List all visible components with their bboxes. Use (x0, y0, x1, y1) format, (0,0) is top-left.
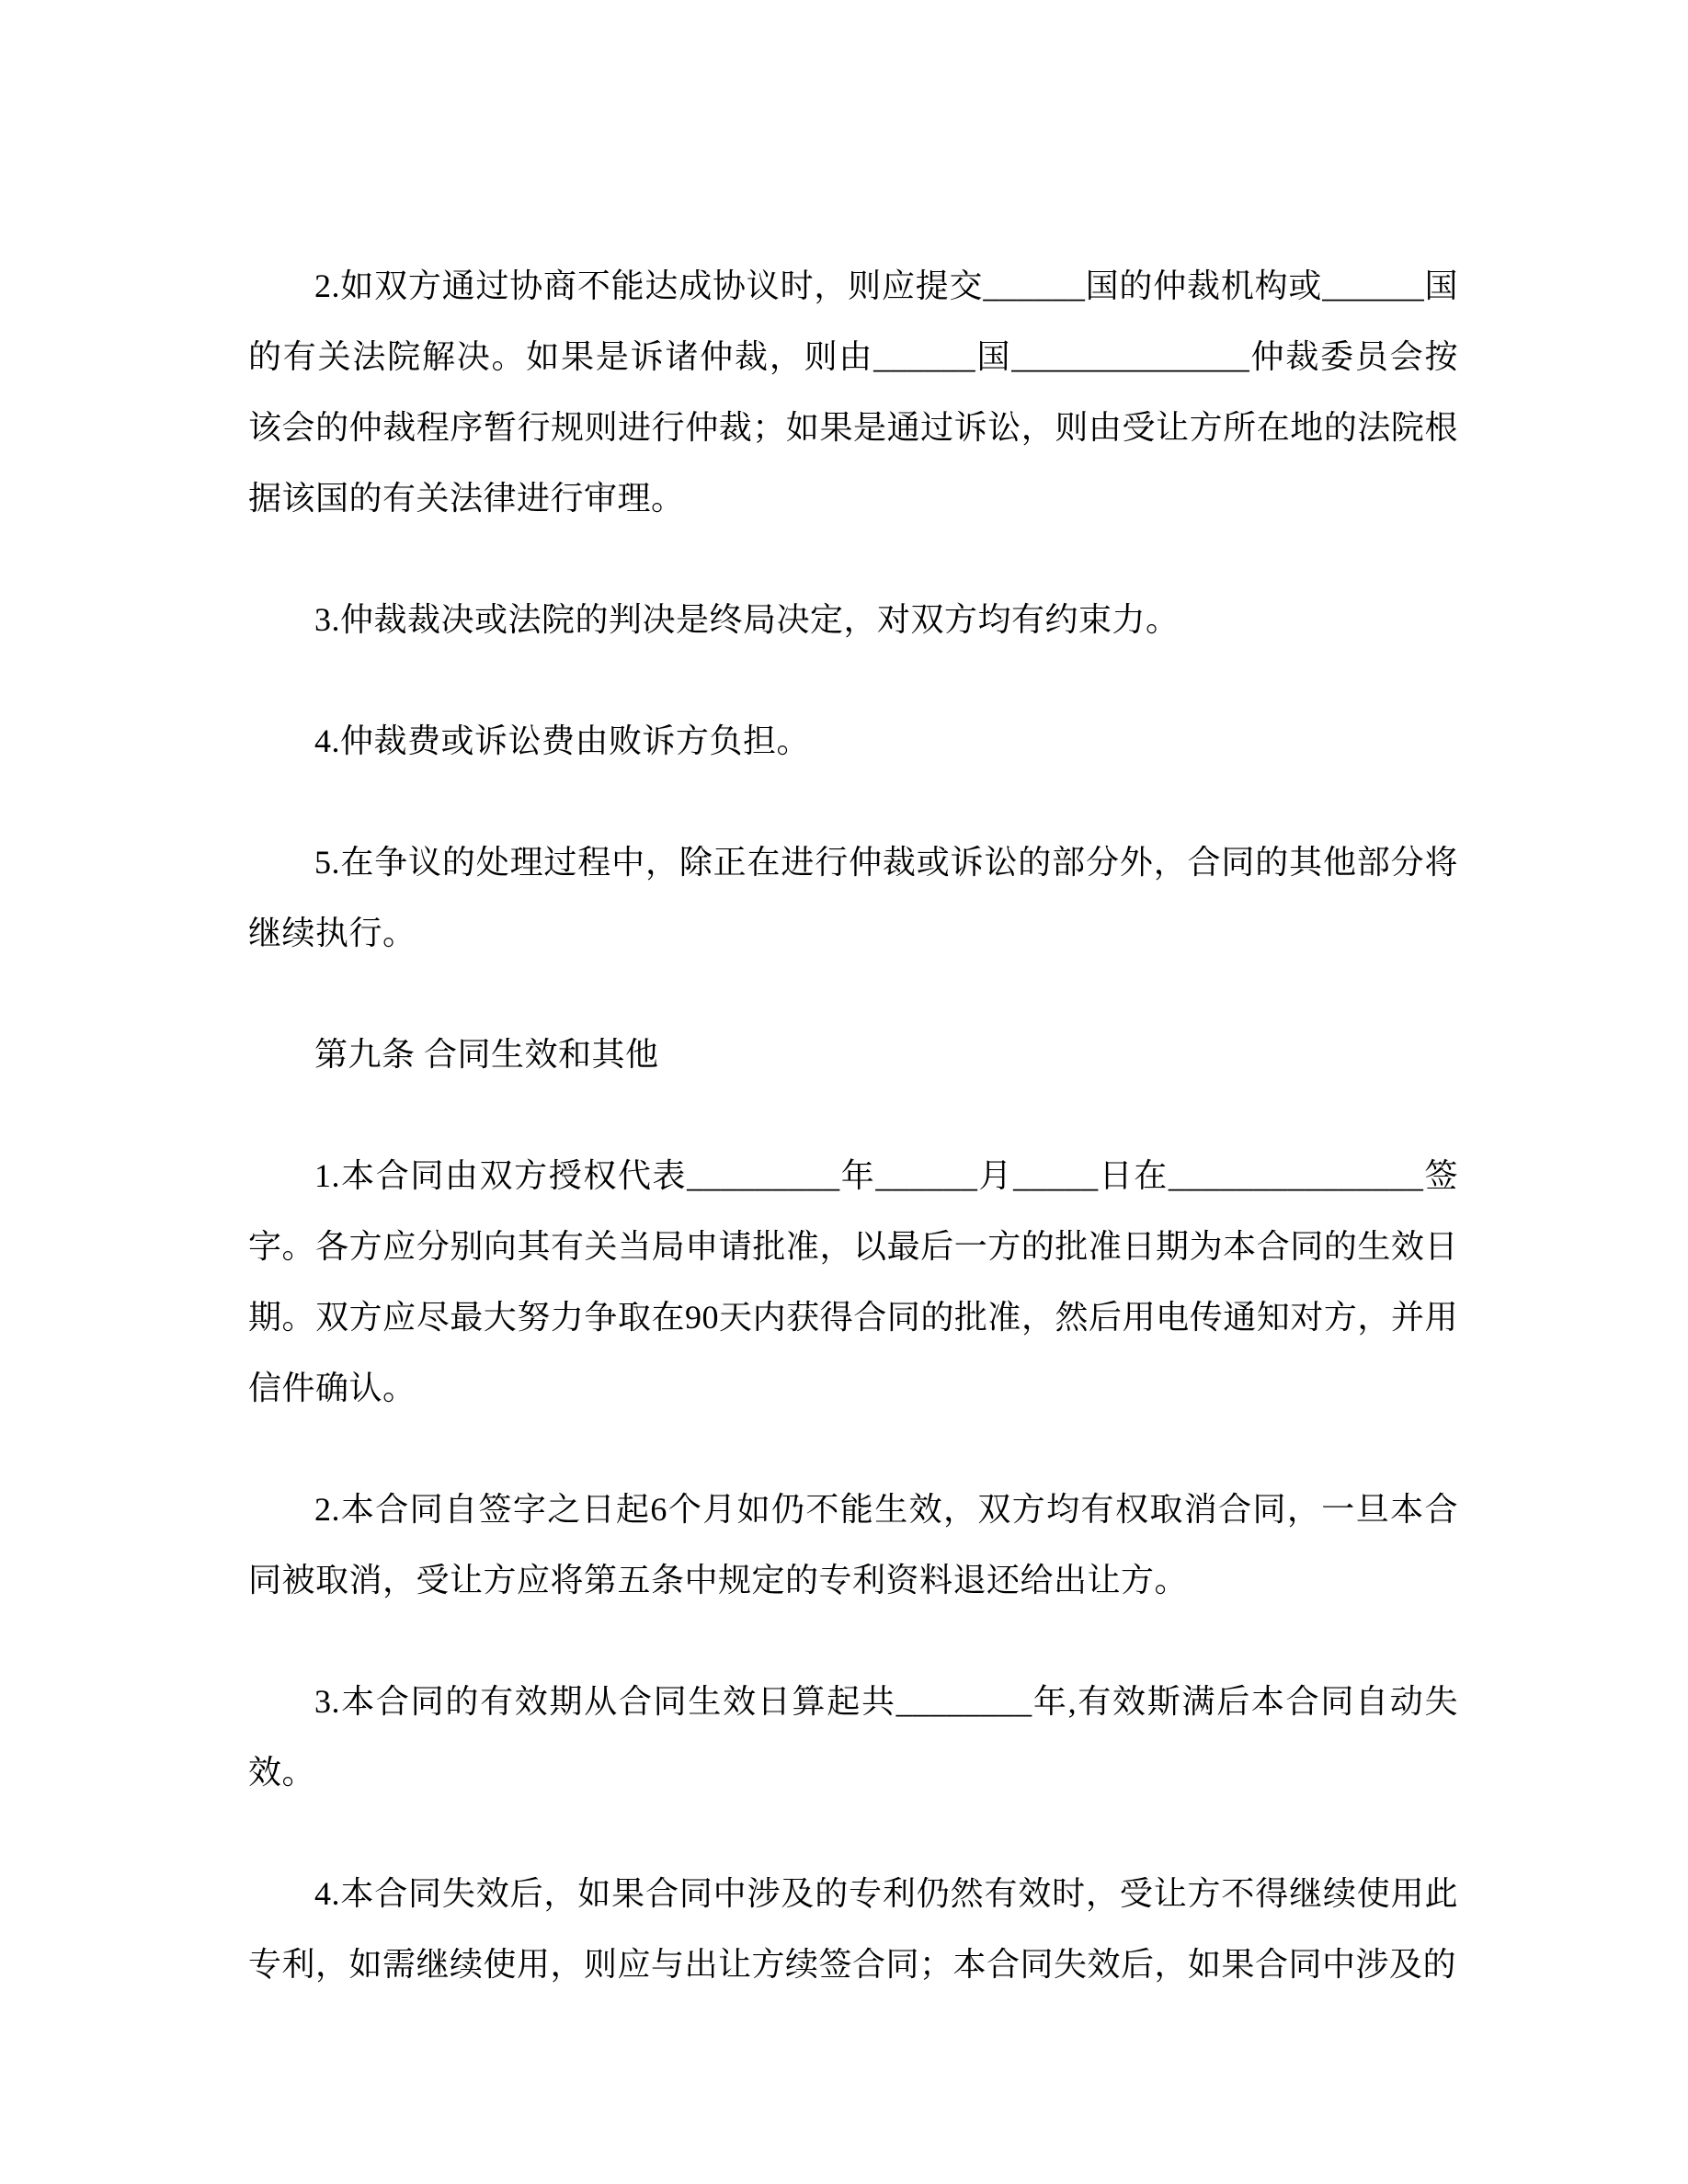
clause-effective-4: 4.本合同失效后，如果合同中涉及的专利仍然有效时，受让方不得继续使用此专利，如需… (248, 1859, 1458, 2000)
section-heading-article-9: 第九条 合同生效和其他 (248, 1019, 1458, 1090)
document-page: 2.如双方通过协商不能达成协议时，则应提交______国的仲裁机构或______… (0, 0, 1688, 2184)
clause-effective-2: 2.本合同自签字之日起6个月如仍不能生效，双方均有权取消合同，一旦本合同被取消，… (248, 1474, 1458, 1616)
clause-effective-3: 3.本合同的有效期从合同生效日算起共________年,有效斯满后本合同自动失效… (248, 1666, 1458, 1808)
clause-dispute-arbitration-3: 3.仲裁裁决或法院的判决是终局决定，对双方均有约束力。 (248, 585, 1458, 655)
clause-dispute-arbitration-5: 5.在争议的处理过程中，除正在进行仲裁或诉讼的部分外，合同的其他部分将继续执行。 (248, 827, 1458, 969)
clause-dispute-arbitration-4: 4.仲裁费或诉讼费由败诉方负担。 (248, 706, 1458, 777)
clause-dispute-arbitration-2: 2.如双方通过协商不能达成协议时，则应提交______国的仲裁机构或______… (248, 251, 1458, 534)
clause-effective-1: 1.本合同由双方授权代表_________年______月_____日在____… (248, 1141, 1458, 1424)
